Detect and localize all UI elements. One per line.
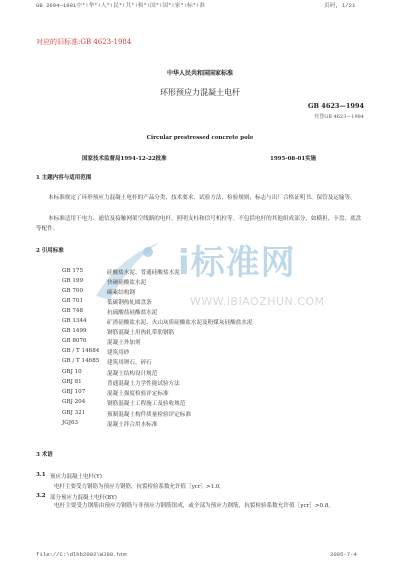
approval-info: 国家技术监督局1994-12-22批准 [82,154,167,162]
section-1-heading: 1 主题内容与适用范围 [36,173,91,181]
page-header-left: GB 2694—1981中*!华*!人*!民*!共*!和*!国*!国*!家*!标… [36,1,205,9]
english-title: Circular prestressed concrete pole [0,135,400,141]
term-3-1-definition: 电杆主要受力钢筋为预应力钢筋，抗裂检验系数允许值［γcr］>1.0。 [54,482,225,490]
term-3-2-definition: 电杆主要受力钢筋由预应力钢筋与非预应力钢筋组成，或全部为预应力钢筋，抗裂检验系数… [36,501,364,511]
page-footer-url: file://C:\dlhb2002\WJ80.htm [36,551,127,558]
watermark-url: WWW.iBIAOZHUN.COM [190,295,325,308]
national-standard-title: 中华人民共和国国家标准 [0,68,400,77]
section-3-heading: 3 术语 [36,450,53,458]
page-footer-date: 2005-7-4 [330,551,357,558]
document-title: 环形预应力混凝土电杆 [0,87,400,98]
term-3-1-number: 3.1 [36,472,46,478]
page-number: 页码, 1/21 [324,1,355,9]
term-3-1-name: 预应力混凝土电杆(Y) [50,472,102,480]
section-1-paragraph-1: 本标准规定了环形预应力混凝土电杆的产品分类、技术要求、试验方法、检验规则、标志与… [36,193,364,203]
replaces-note: 代替GB 4623—1984 [314,113,364,120]
section-1-paragraph-2: 本标准适用于电力、通信及接触网架空线路的电杆、照明支柱和信号机柱等。不包括电杆的… [36,214,364,234]
effective-date: 1995-08-01实施 [270,154,316,162]
term-3-2-number: 3.2 [36,493,46,499]
old-standard-note: 对应的旧标准:GB 4623-1984 [36,37,131,47]
term-3-2-name: 部分预应力混凝土电杆(BY) [50,493,117,501]
section-2-heading: 2 引用标准 [36,246,64,254]
watermark-brand: i标准网 [178,235,296,284]
standard-code: GB 4623—1994 [308,102,364,110]
